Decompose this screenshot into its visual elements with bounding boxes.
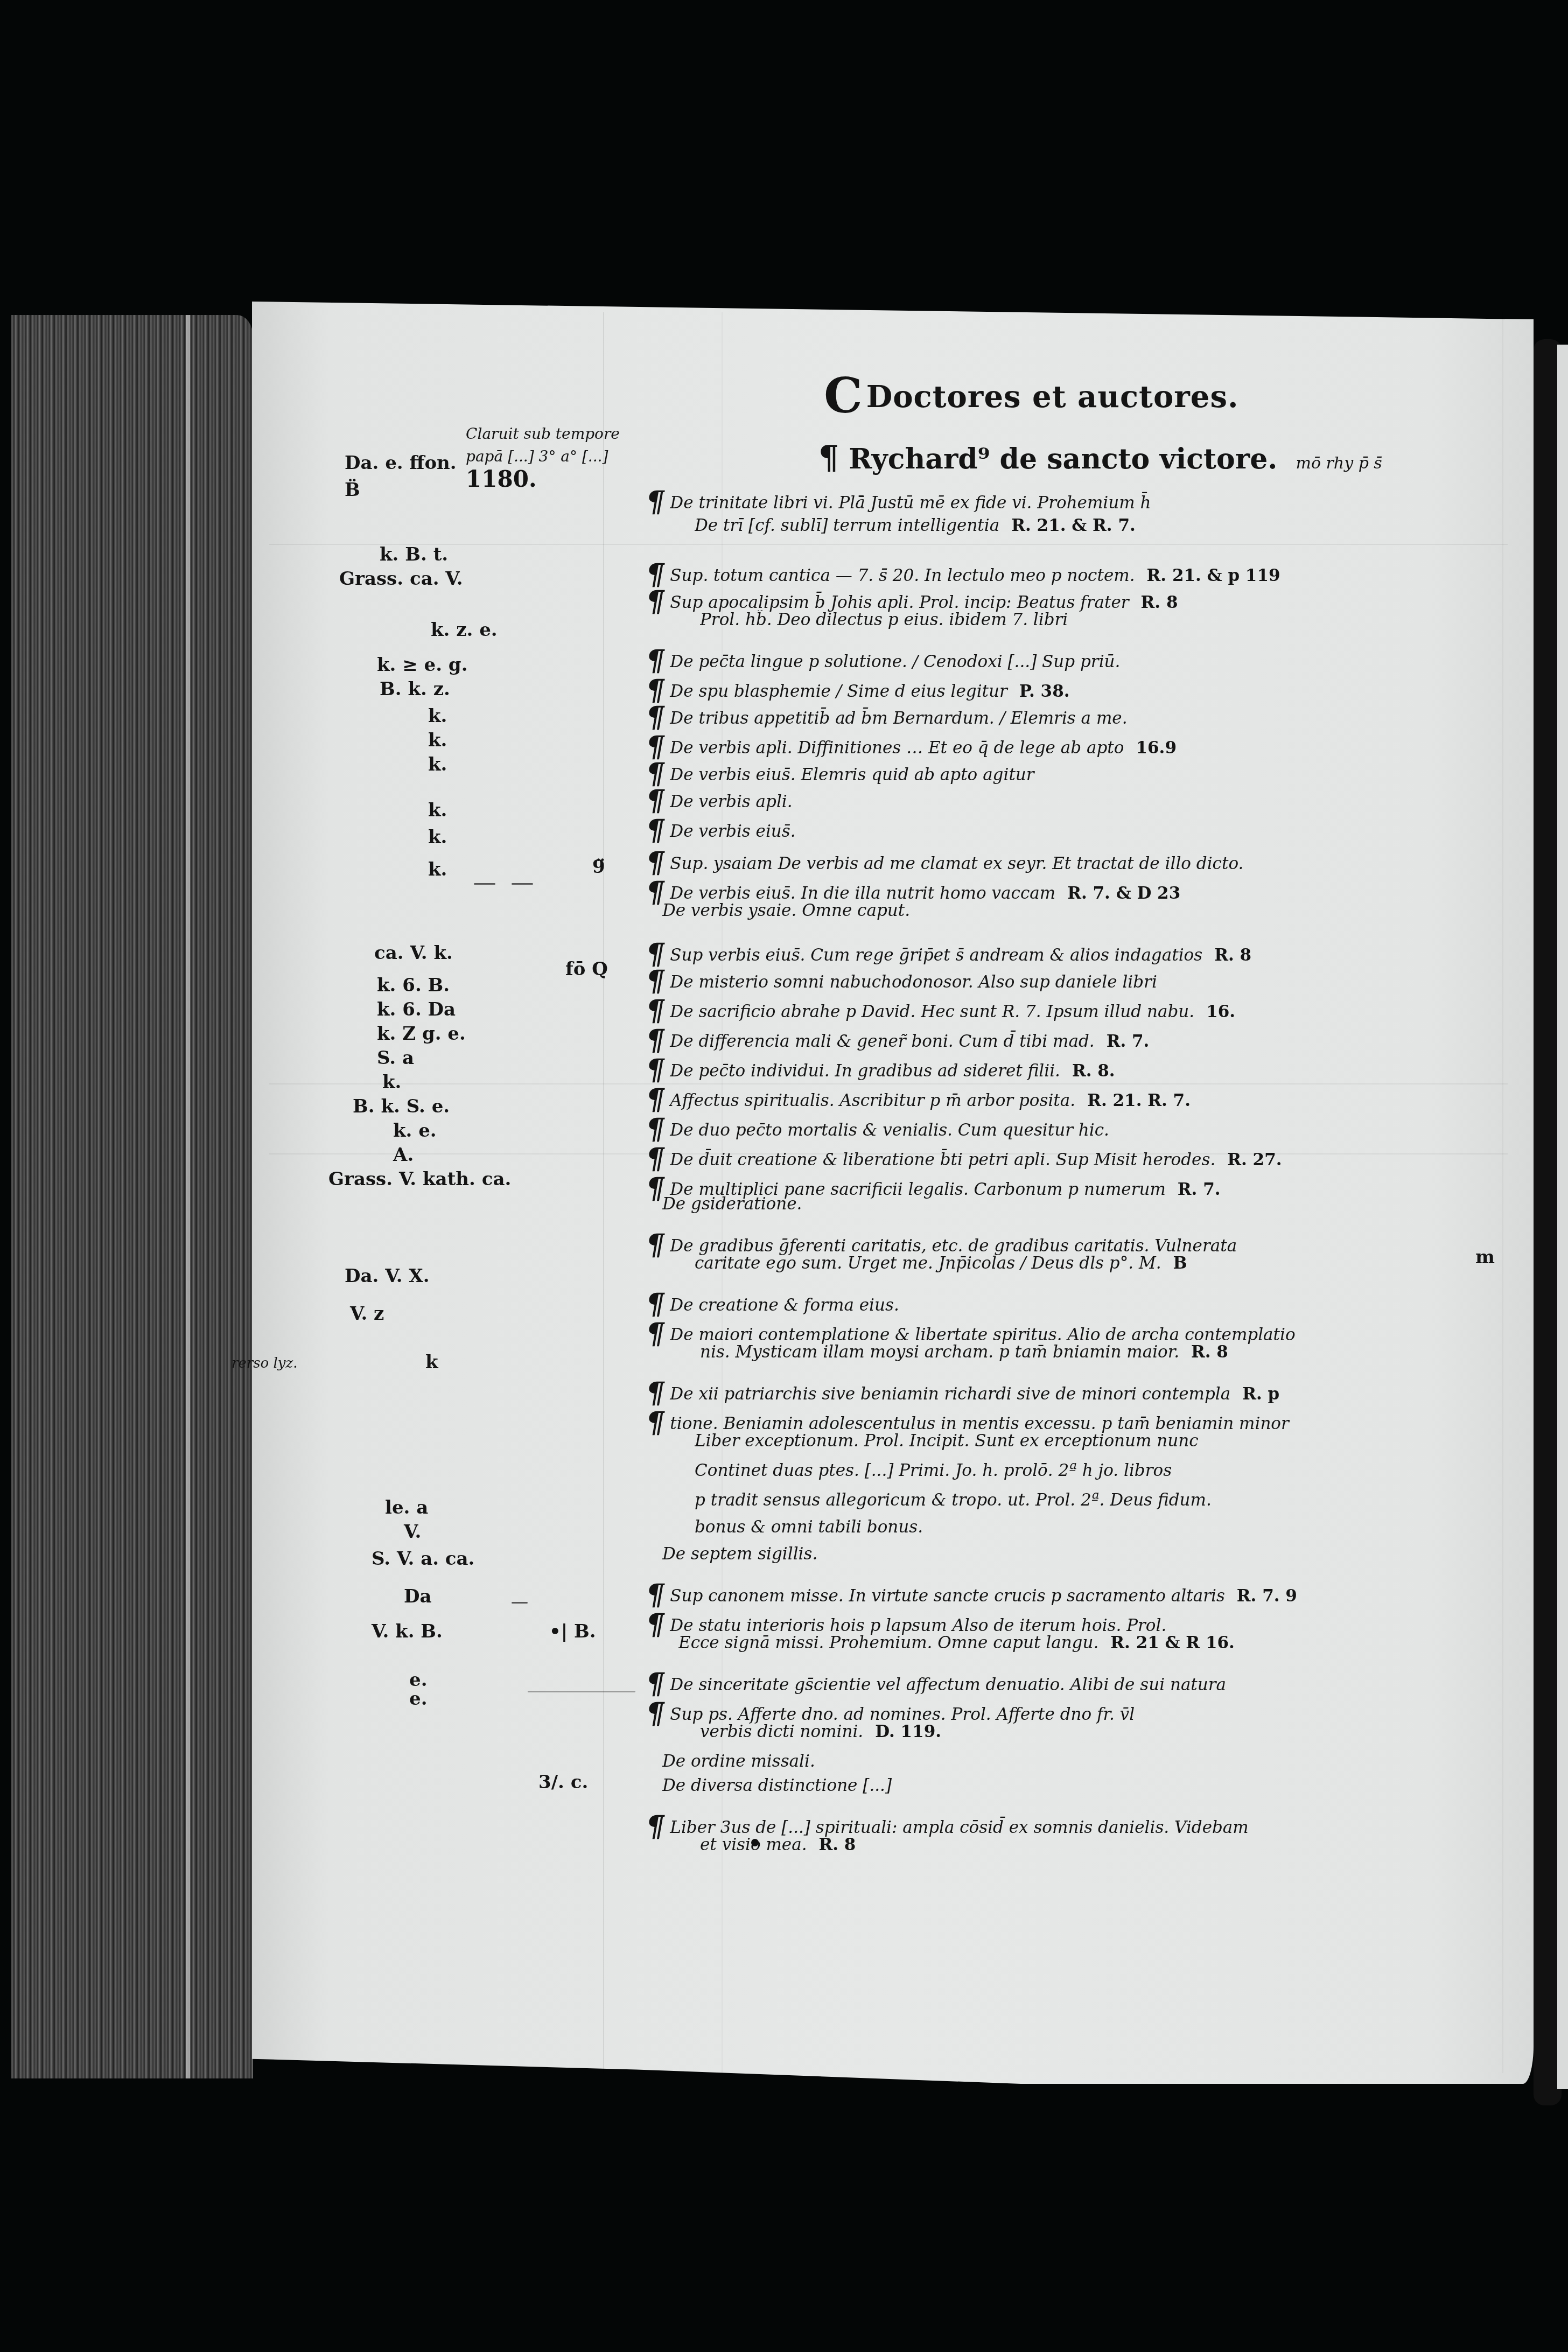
catalogue-entry: Ecce signā missi. Prohemium. Omne caput… <box>678 1633 1470 1653</box>
guide-dash <box>528 1691 635 1692</box>
guide-dash <box>512 1602 528 1604</box>
entry-shelf-reference: R. 8 <box>819 1835 856 1854</box>
entry-text: De misterio somni nabuchodonosor. Also s… <box>670 972 1157 992</box>
entry-shelf-reference: R. 21. R. 7. <box>1087 1091 1191 1110</box>
entry-text: De creatione & forma eius. <box>670 1296 899 1315</box>
entry-text: De d̄uit creatione & liberatione b̄ti pe… <box>670 1150 1215 1170</box>
catalogue-entry: De trī [cf. sublī] terrum intelligenti… <box>695 516 1486 535</box>
entry-shelf-reference: B <box>1173 1254 1187 1273</box>
entry-text: De pec̄to individui. In gradibus ad side… <box>670 1061 1060 1081</box>
entry-text: De verbis ysaie. Omne caput. <box>662 901 910 920</box>
entry-text: De statu interioris hois p lapsum Also d… <box>670 1616 1166 1635</box>
pilcrow-icon: ¶ <box>646 1316 668 1347</box>
guide-dash <box>474 883 495 885</box>
entry-text: De sacrificio abrahe p David. Hec sunt R… <box>670 1002 1194 1021</box>
entry-text: De verbis apli. <box>670 792 792 811</box>
entry-shelf-reference: D. 119. <box>875 1722 941 1741</box>
guide-dash <box>512 883 533 885</box>
pilcrow-icon: ¶ <box>646 1809 668 1840</box>
entry-text: Liber exceptionum. Prol. Incipit. Sunt e… <box>695 1431 1199 1451</box>
catalogue-entry: caritate ego sum. Urget me. Jnp̄icolas /… <box>695 1254 1486 1273</box>
entry-text: De trinitate libri vi. Plā̄ Justū mē e… <box>670 493 1151 513</box>
entry-text: Liber 3us de [...] spirituali: ampla cō… <box>670 1818 1248 1837</box>
entry-text: tione. Beniamin adolescentulus in mentis… <box>670 1414 1289 1433</box>
catalogue-entry: De septem sigillis. <box>662 1544 1454 1564</box>
catalogue-entry: De diversa distinctione [...] <box>662 1776 1454 1795</box>
catalogue-entry: Continet duas ptes. [...] Primi. Jo. h. … <box>695 1461 1486 1480</box>
entry-shelf-reference: R. 7. 9 <box>1237 1586 1297 1606</box>
entry-text: Continet duas ptes. [...] Primi. Jo. h. … <box>695 1461 1172 1480</box>
entry-text: Prol. hb̃. Deo dilectus p eius. ibidem 7… <box>700 610 1068 629</box>
entry-shelf-reference: R. p <box>1242 1384 1279 1404</box>
catalogue-entry: verbis dicti nomini.D. 119. <box>700 1722 1492 1741</box>
entry-shelf-reference: R. 21 & R 16. <box>1110 1633 1235 1653</box>
entry-text: De differencia mali & gener̃ boni. Cum d… <box>670 1032 1094 1051</box>
entry-text: bonus & omni tabili bonus. <box>695 1517 923 1537</box>
entry-text: De pec̄ta lingue p solutione. / Cenodoxi… <box>670 652 1120 671</box>
entry-text: verbis dicti nomini. <box>700 1722 863 1741</box>
catalogue-entries: ¶De trinitate libri vi. Plā̄ Justū mē … <box>0 0 1568 2352</box>
entry-text: Sup ps. Afferte dno. ad nomines. Prol. A… <box>670 1705 1135 1724</box>
entry-text: Sup canonem misse. In virtute sancte cru… <box>670 1586 1224 1606</box>
catalogue-entry: ¶De trinitate libri vi. Plā̄ Justū mē … <box>646 481 1486 515</box>
entry-shelf-reference: R. 27. <box>1227 1150 1282 1170</box>
pilcrow-icon: ¶ <box>646 584 668 615</box>
catalogue-entry: De gsideratione. <box>662 1194 1454 1214</box>
catalogue-entry: De verbis ysaie. Omne caput. <box>662 901 1454 920</box>
entry-shelf-reference: R. 8 <box>1191 1342 1228 1362</box>
pilcrow-icon: ¶ <box>646 1607 668 1638</box>
entry-text: De maiori contemplatione & libertate spi… <box>670 1325 1295 1345</box>
catalogue-entry: ¶De verbis eius̄. <box>646 809 1486 844</box>
entry-text: De verbis eius̄. In die illa nutrit homo… <box>670 884 1055 903</box>
entry-shelf-reference: R. 8 <box>1141 593 1178 612</box>
entry-shelf-reference: R. 7. & D 23 <box>1067 884 1180 903</box>
ink-dot <box>751 1839 759 1846</box>
entry-shelf-reference: R. 7. <box>1107 1032 1150 1051</box>
pilcrow-icon: ¶ <box>646 1227 668 1258</box>
entry-text: De diversa distinctione [...] <box>662 1776 892 1795</box>
entry-text: De ordine missali. <box>662 1752 815 1771</box>
catalogue-entry: et visio mea.R. 8 <box>700 1835 1492 1854</box>
entry-text: caritate ego sum. Urget me. Jnp̄icolas /… <box>695 1254 1161 1273</box>
pilcrow-icon: ¶ <box>646 813 668 844</box>
entry-text: De septem sigillis. <box>662 1544 817 1564</box>
entry-text: De verbis eius̄. <box>670 822 795 841</box>
pilcrow-icon: ¶ <box>646 1696 668 1727</box>
entry-text: De sinceritate gs̄cientie vel affectum d… <box>670 1675 1226 1695</box>
entry-text: nis. Mysticam illam moysi archam. p tam̄… <box>700 1342 1179 1362</box>
catalogue-entry: nis. Mysticam illam moysi archam. p tam̄… <box>700 1342 1492 1362</box>
entry-text: De duo pec̄to mortalis & venialis. Cum q… <box>670 1121 1109 1140</box>
entry-text: Ecce signā missi. Prohemium. Omne caput… <box>678 1633 1098 1653</box>
catalogue-entry: Prol. hb̃. Deo dilectus p eius. ibidem 7… <box>700 610 1492 629</box>
entry-shelf-reference: R. 21. & R. 7. <box>1011 516 1136 535</box>
entry-text: Sup apocalipsim b̄ Johis apli. Prol. inc… <box>670 593 1129 612</box>
entry-text: Sup. ysaiam De verbis ad me clamat ex se… <box>670 854 1243 873</box>
catalogue-entry: p tradit sensus allegoricum & tropo. ut.… <box>695 1490 1486 1510</box>
entry-text: De xii patriarchis sive beniamin richard… <box>670 1384 1230 1404</box>
pilcrow-icon: ¶ <box>646 484 668 515</box>
pilcrow-icon: ¶ <box>646 1405 668 1436</box>
entry-text: De gradibus ḡferenti caritatis, etc. de… <box>670 1236 1237 1256</box>
entry-text: p tradit sensus allegoricum & tropo. ut.… <box>695 1490 1212 1510</box>
catalogue-entry: bonus & omni tabili bonus. <box>695 1517 1486 1537</box>
catalogue-entry: Liber exceptionum. Prol. Incipit. Sunt e… <box>695 1431 1486 1451</box>
entry-text: De trī [cf. sublī] terrum intelligenti… <box>695 516 999 535</box>
entry-text: De tribus appetitib̄ ad b̄m Bernardum. /… <box>670 709 1127 728</box>
catalogue-entry: De ordine missali. <box>662 1752 1454 1771</box>
entry-text: De gsideratione. <box>662 1194 802 1214</box>
entry-shelf-reference: 16. <box>1206 1002 1235 1021</box>
entry-shelf-reference: R. 8. <box>1072 1061 1115 1081</box>
entry-text: Affectus spiritualis. Ascribitur p m̄ ar… <box>670 1091 1075 1110</box>
